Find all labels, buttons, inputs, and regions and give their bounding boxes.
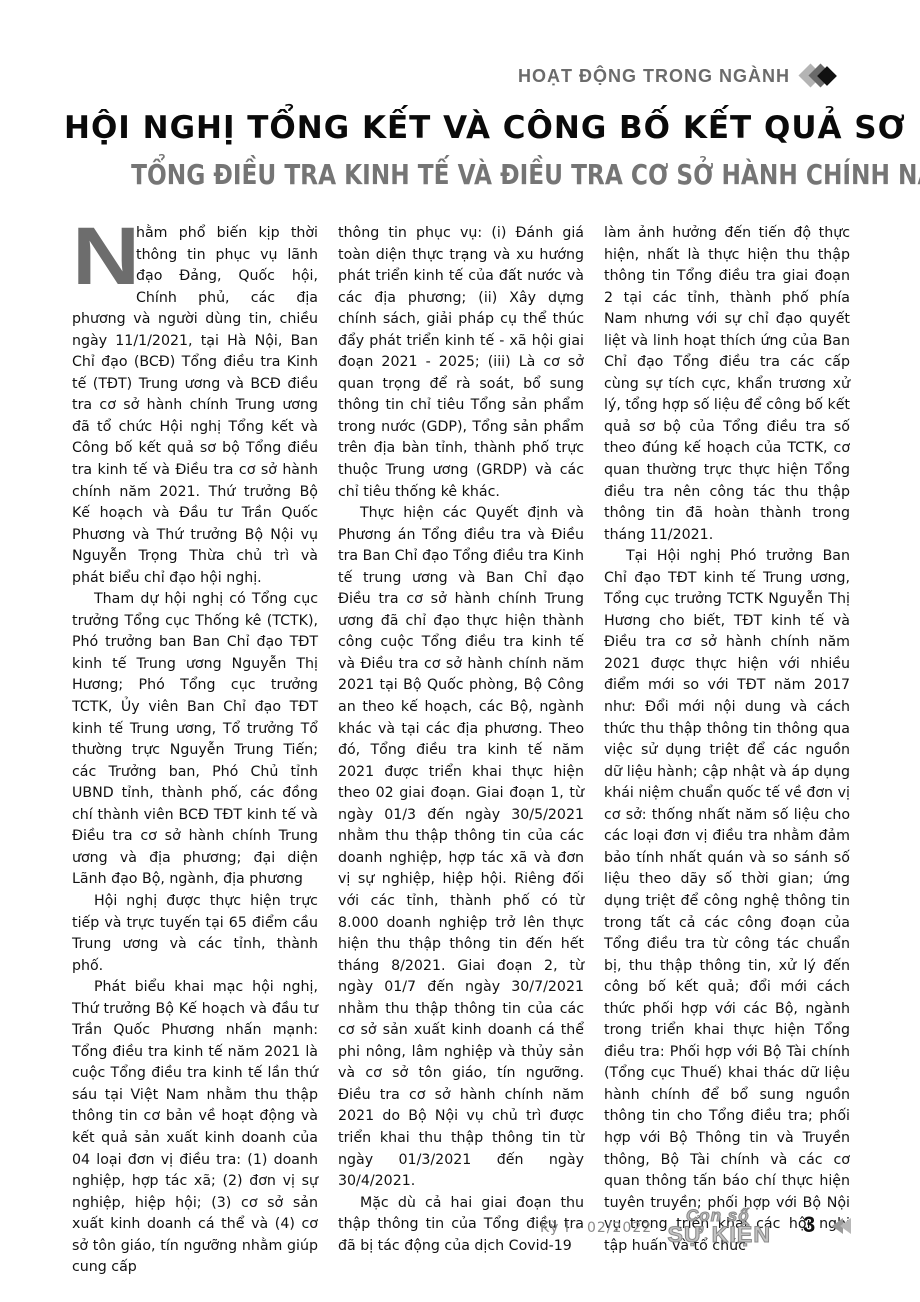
triple-chevron-right-icon [800, 64, 850, 88]
paragraph: Thực hiện các Quyết định và Phương án Tổ… [338, 503, 584, 1193]
paragraph: Tham dự hội nghị có Tổng cục trưởng Tổng… [72, 589, 318, 891]
magazine-logo: Con số SỰ KIỆN [670, 1210, 780, 1246]
article-subtitle: TỔNG ĐIỀU TRA KINH TẾ VÀ ĐIỀU TRA CƠ SỞ … [131, 158, 787, 191]
section-header: HOẠT ĐỘNG TRONG NGÀNH [518, 64, 850, 88]
page-footer: Kỳ I - 02/2022 Con số SỰ KIỆN 3 [0, 1210, 920, 1250]
drop-cap: N [72, 225, 136, 289]
column-3: làm ảnh hưởng đến tiến độ thực hiện, nhấ… [604, 223, 850, 1279]
double-chevron-left-icon [832, 1218, 854, 1234]
column-2: thông tin phục vụ: (i) Đánh giá toàn diệ… [338, 223, 584, 1279]
article-title: HỘI NGHỊ TỔNG KẾT VÀ CÔNG BỐ KẾT QUẢ SƠ … [64, 110, 854, 146]
paragraph: Tại Hội nghị Phó trưởng Ban Chỉ đạo TĐT … [604, 546, 850, 1257]
logo-bottom-text: SỰ KIỆN [668, 1222, 772, 1248]
paragraph: Hội nghị được thực hiện trực tiếp và trự… [72, 891, 318, 977]
paragraph: thông tin phục vụ: (i) Đánh giá toàn diệ… [338, 223, 584, 503]
issue-label: Kỳ I - 02/2022 [540, 1220, 652, 1236]
column-1: Nhằm phổ biến kịp thời thông tin phục vụ… [72, 223, 318, 1279]
page-number: 3 [803, 1212, 815, 1238]
paragraph: Nhằm phổ biến kịp thời thông tin phục vụ… [72, 223, 318, 589]
section-label: HOẠT ĐỘNG TRONG NGÀNH [518, 66, 790, 87]
article-body: Nhằm phổ biến kịp thời thông tin phục vụ… [72, 223, 850, 1279]
paragraph: làm ảnh hưởng đến tiến độ thực hiện, nhấ… [604, 223, 850, 546]
